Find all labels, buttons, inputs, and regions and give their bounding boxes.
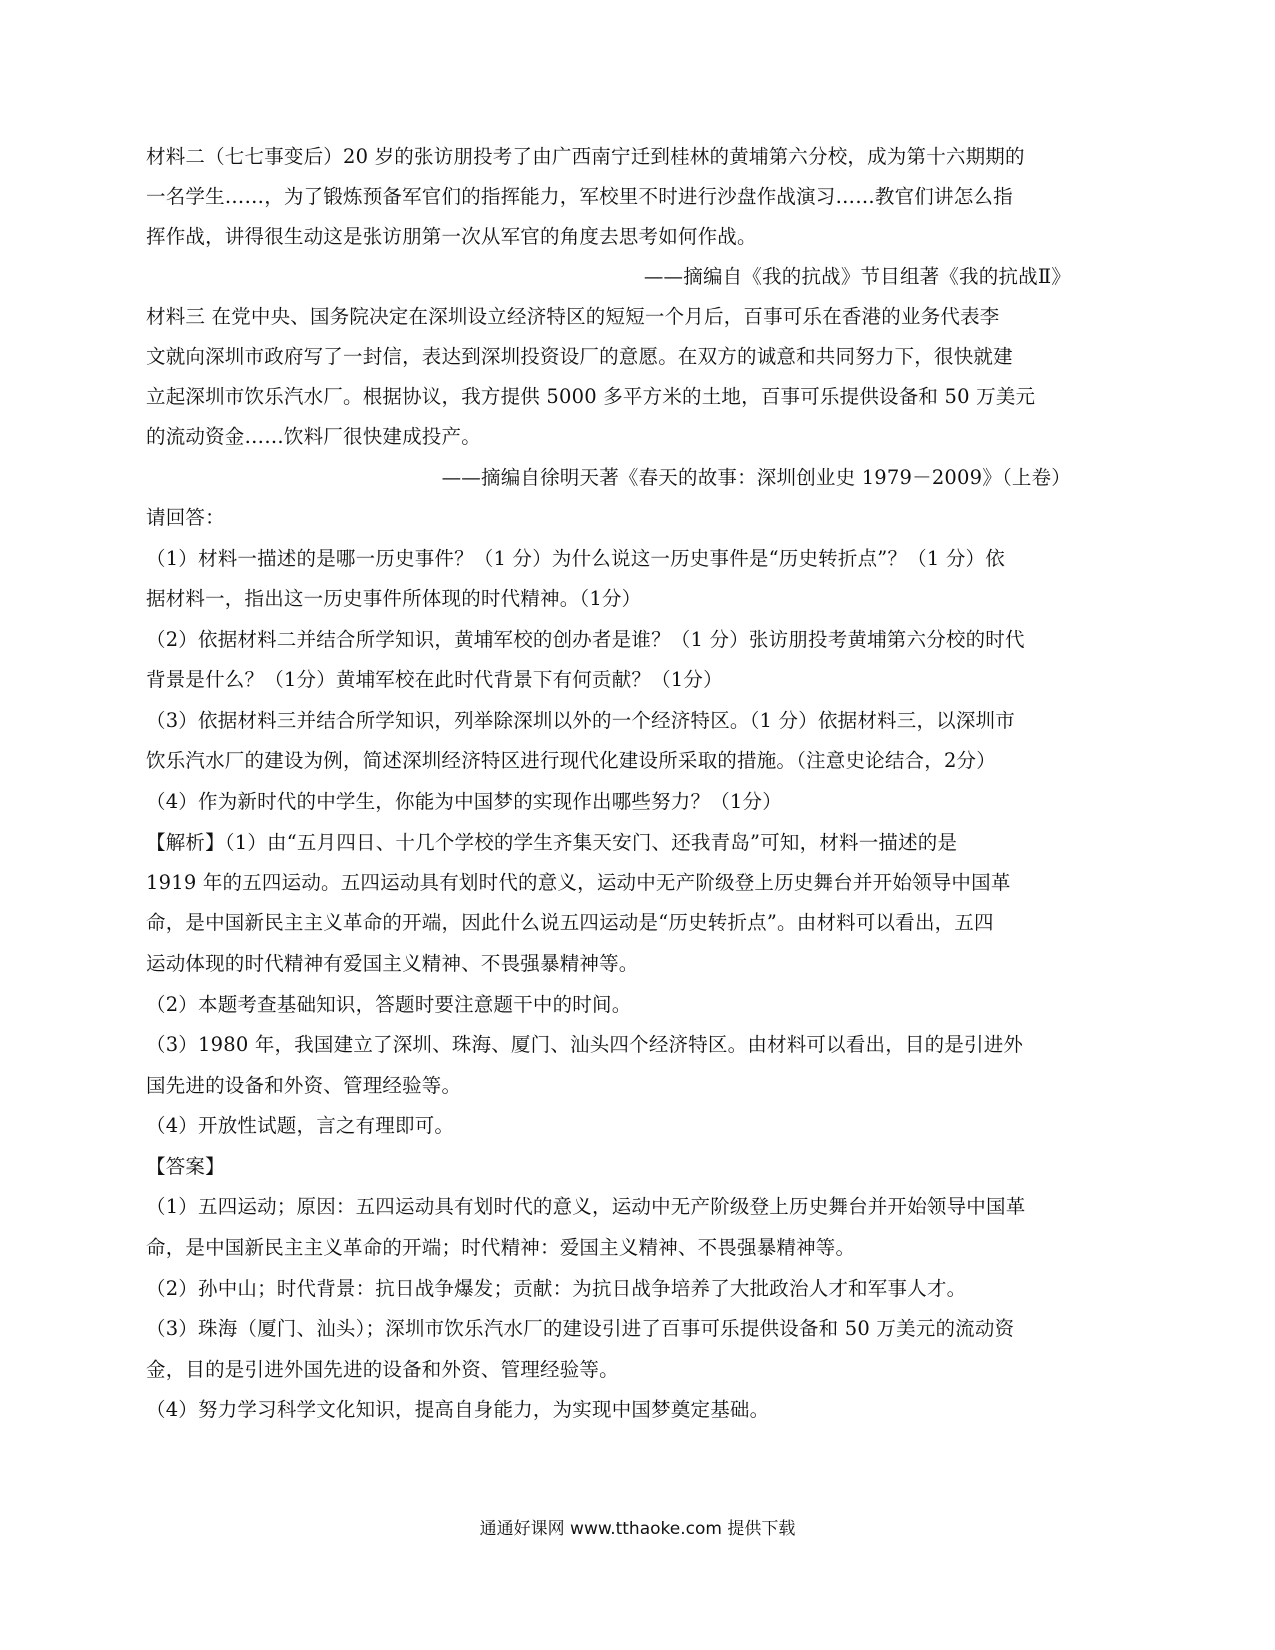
analysis-line: （4）开放性试题，言之有理即可。	[146, 1113, 1076, 1139]
answer-heading: 【答案】	[146, 1154, 1076, 1180]
answer-line: 命，是中国新民主主义革命的开端；时代精神：爱国主义精神、不畏强暴精神等。	[146, 1235, 1076, 1261]
question-line: 背景是什么？（1分）黄埔军校在此时代背景下有何贡献？（1分）	[146, 667, 1076, 693]
material-3-line: 文就向深圳市政府写了一封信，表达到深圳投资设厂的意愿。在双方的诚意和共同努力下，…	[146, 344, 1076, 370]
question-line: （2）依据材料二并结合所学知识，黄埔军校的创办者是谁？（1 分）张访朋投考黄埔第…	[146, 627, 1076, 653]
answer-line: （3）珠海（厦门、汕头）；深圳市饮乐汽水厂的建设引进了百事可乐提供设备和 50 …	[146, 1316, 1076, 1342]
answer-line: （2）孙中山；时代背景：抗日战争爆发；贡献：为抗日战争培养了大批政治人才和军事人…	[146, 1276, 1076, 1302]
material-2-line: 材料二（七七事变后）20 岁的张访朋投考了由广西南宁迁到桂林的黄埔第六分校，成为…	[146, 144, 1076, 170]
material-3-line: 材料三 在党中央、国务院决定在深圳设立经济特区的短短一个月后，百事可乐在香港的业…	[146, 304, 1076, 330]
question-line: （3）依据材料三并结合所学知识，列举除深圳以外的一个经济特区。（1 分）依据材料…	[146, 708, 1076, 734]
analysis-line: 1919 年的五四运动。五四运动具有划时代的意义，运动中无产阶级登上历史舞台并开…	[146, 870, 1076, 896]
answer-line: （4）努力学习科学文化知识，提高自身能力，为实现中国梦奠定基础。	[146, 1397, 1076, 1423]
material-2-source: ——摘编自《我的抗战》节目组著《我的抗战Ⅱ》	[644, 264, 1071, 290]
material-2-line: 挥作战，讲得很生动这是张访朋第一次从军官的角度去思考如何作战。	[146, 224, 1076, 250]
question-line: 据材料一，指出这一历史事件所体现的时代精神。（1分）	[146, 586, 1076, 612]
questions-prompt: 请回答：	[146, 505, 1076, 531]
analysis-line: 命，是中国新民主主义革命的开端，因此什么说五四运动是“历史转折点”。由材料可以看…	[146, 910, 1076, 936]
analysis-line: （2）本题考查基础知识，答题时要注意题干中的时间。	[146, 992, 1076, 1018]
question-line: （4）作为新时代的中学生，你能为中国梦的实现作出哪些努力？（1分）	[146, 789, 1076, 815]
analysis-line: 运动体现的时代精神有爱国主义精神、不畏强暴精神等。	[146, 951, 1076, 977]
material-3-source: ——摘编自徐明天著《春天的故事：深圳创业史 1979－2009》（上卷）	[442, 465, 1071, 491]
question-line: 饮乐汽水厂的建设为例，简述深圳经济特区进行现代化建设所采取的措施。（注意史论结合…	[146, 748, 1076, 774]
answer-line: 金，目的是引进外国先进的设备和外资、管理经验等。	[146, 1357, 1076, 1383]
analysis-line: （3）1980 年，我国建立了深圳、珠海、厦门、汕头四个经济特区。由材料可以看出…	[146, 1032, 1076, 1058]
question-line: （1）材料一描述的是哪一历史事件？（1 分）为什么说这一历史事件是“历史转折点”…	[146, 546, 1076, 572]
material-3-line: 立起深圳市饮乐汽水厂。根据协议，我方提供 5000 多平方米的土地，百事可乐提供…	[146, 384, 1076, 410]
material-2-line: 一名学生……，为了锻炼预备军官们的指挥能力，军校里不时进行沙盘作战演习……教官们…	[146, 184, 1076, 210]
analysis-line: 【解析】（1）由“五月四日、十几个学校的学生齐集天安门、还我青岛”可知，材料一描…	[146, 830, 1076, 856]
footer-watermark: 通通好课网 www.tthaoke.com 提供下载	[0, 1514, 1275, 1539]
answer-line: （1）五四运动；原因：五四运动具有划时代的意义，运动中无产阶级登上历史舞台并开始…	[146, 1194, 1076, 1220]
analysis-line: 国先进的设备和外资、管理经验等。	[146, 1073, 1076, 1099]
material-3-line: 的流动资金……饮料厂很快建成投产。	[146, 424, 1076, 450]
